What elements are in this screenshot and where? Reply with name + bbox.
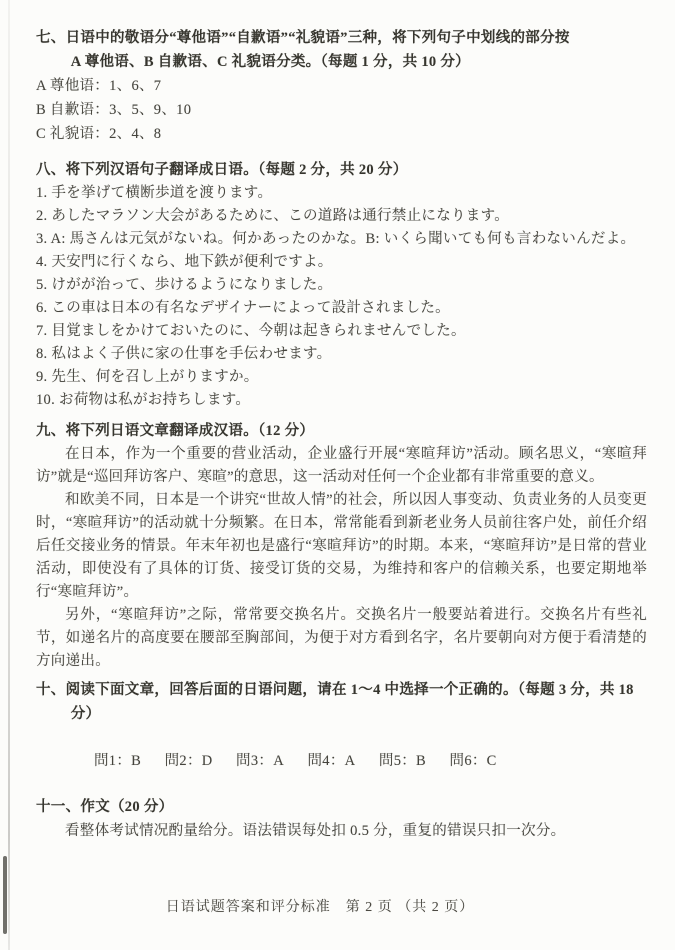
section-7-answer-a: A 尊他语：1、6、7 bbox=[36, 74, 647, 98]
section-11-heading: 十一、作文（20 分） bbox=[36, 795, 647, 819]
section-7-answer-b: B 自歉语：3、5、9、10 bbox=[36, 98, 647, 122]
section-10-answer-q4: 問4：A bbox=[307, 753, 355, 769]
section-8-heading: 八、将下列汉语句子翻译成日语。（每题 2 分，共 20 分） bbox=[36, 158, 647, 182]
scan-edge-mark bbox=[3, 856, 7, 934]
section-10-heading-line1: 十、阅读下面文章，回答后面的日语问题，请在 1～4 中选择一个正确的。（每题 3… bbox=[36, 678, 647, 702]
section-11-composition: 十一、作文（20 分） 看整体考试情况酌量给分。语法错误每处扣 0.5 分，重复… bbox=[36, 795, 647, 843]
section-10-heading-line2: 分） bbox=[36, 702, 647, 726]
section-9-heading: 九、将下列日语文章翻译成汉语。（12 分） bbox=[36, 419, 647, 443]
section-8-item-5: 5. けがが治って、歩けるようになりました。 bbox=[36, 274, 647, 297]
section-8-item-9: 9. 先生、何を召し上がりますか。 bbox=[36, 366, 647, 389]
section-8-translation-to-japanese: 八、将下列汉语句子翻译成日语。（每题 2 分，共 20 分） 1. 手を挙げて横… bbox=[36, 158, 647, 412]
section-10-reading-comprehension: 十、阅读下面文章，回答后面的日语问题，请在 1～4 中选择一个正确的。（每题 3… bbox=[36, 678, 647, 773]
section-7-honorifics: 七、日语中的敬语分“尊他语”“自歉语”“礼貌语”三种，将下列句子中划线的部分按 … bbox=[36, 26, 647, 146]
page-footer: 日语试题答案和评分标准 第 2 页 （共 2 页） bbox=[0, 896, 640, 916]
section-9-translation-to-chinese: 九、将下列日语文章翻译成汉语。（12 分） 在日本，作为一个重要的营业活动，企业… bbox=[36, 419, 647, 673]
section-8-item-6: 6. この車は日本の有名なデザイナーによって設計されました。 bbox=[36, 297, 647, 320]
section-8-item-10: 10. お荷物は私がお持ちします。 bbox=[36, 389, 647, 412]
section-11-grading-note: 看整体考试情况酌量给分。语法错误每处扣 0.5 分，重复的错误只扣一次分。 bbox=[36, 819, 647, 843]
section-8-item-2: 2. あしたマラソン大会があるために、この道路は通行禁止になります。 bbox=[36, 205, 647, 228]
section-10-answer-q1: 問1：B bbox=[94, 753, 141, 769]
section-10-answer-q5: 問5：B bbox=[379, 753, 426, 769]
page-content: 七、日语中的敬语分“尊他语”“自歉语”“礼貌语”三种，将下列句子中划线的部分按 … bbox=[0, 0, 675, 843]
section-10-answers-row: 問1：B 問2：D 問3：A 問4：A 問5：B 問6：C bbox=[36, 750, 647, 773]
section-7-heading-line1: 七、日语中的敬语分“尊他语”“自歉语”“礼貌语”三种，将下列句子中划线的部分按 bbox=[36, 26, 647, 50]
section-8-item-8: 8. 私はよく子供に家の仕事を手伝わせます。 bbox=[36, 343, 647, 366]
section-8-item-1: 1. 手を挙げて横断歩道を渡ります。 bbox=[36, 182, 647, 205]
section-9-paragraph-2: 和欧美不同，日本是一个讲究“世故人情”的社会，所以因人事变动、负责业务的人员变更… bbox=[36, 489, 647, 604]
section-7-answer-c: C 礼貌语：2、4、8 bbox=[36, 122, 647, 146]
section-9-paragraph-3: 另外，“寒暄拜访”之际，常常要交换名片。交换名片一般要站着进行。交换名片有些礼节… bbox=[36, 604, 647, 673]
section-10-answer-q3: 問3：A bbox=[236, 753, 284, 769]
section-7-heading-line2: A 尊他语、B 自歉语、C 礼貌语分类。（每题 1 分，共 10 分） bbox=[36, 50, 647, 74]
section-9-paragraph-1: 在日本，作为一个重要的营业活动，企业盛行开展“寒暄拜访”活动。顾名思义，“寒暄拜… bbox=[36, 443, 647, 489]
section-8-item-3: 3. A: 馬さんは元気がないね。何かあったのかな。B: いくら聞いても何も言わ… bbox=[36, 228, 647, 251]
section-8-item-4: 4. 天安門に行くなら、地下鉄が便利ですよ。 bbox=[36, 251, 647, 274]
section-8-item-7: 7. 目覚ましをかけておいたのに、今朝は起きられませんでした。 bbox=[36, 320, 647, 343]
section-10-answer-q6: 問6：C bbox=[450, 753, 497, 769]
section-10-answer-q2: 問2：D bbox=[165, 753, 213, 769]
scanned-answer-key-page: 七、日语中的敬语分“尊他语”“自歉语”“礼貌语”三种，将下列句子中划线的部分按 … bbox=[0, 0, 675, 950]
